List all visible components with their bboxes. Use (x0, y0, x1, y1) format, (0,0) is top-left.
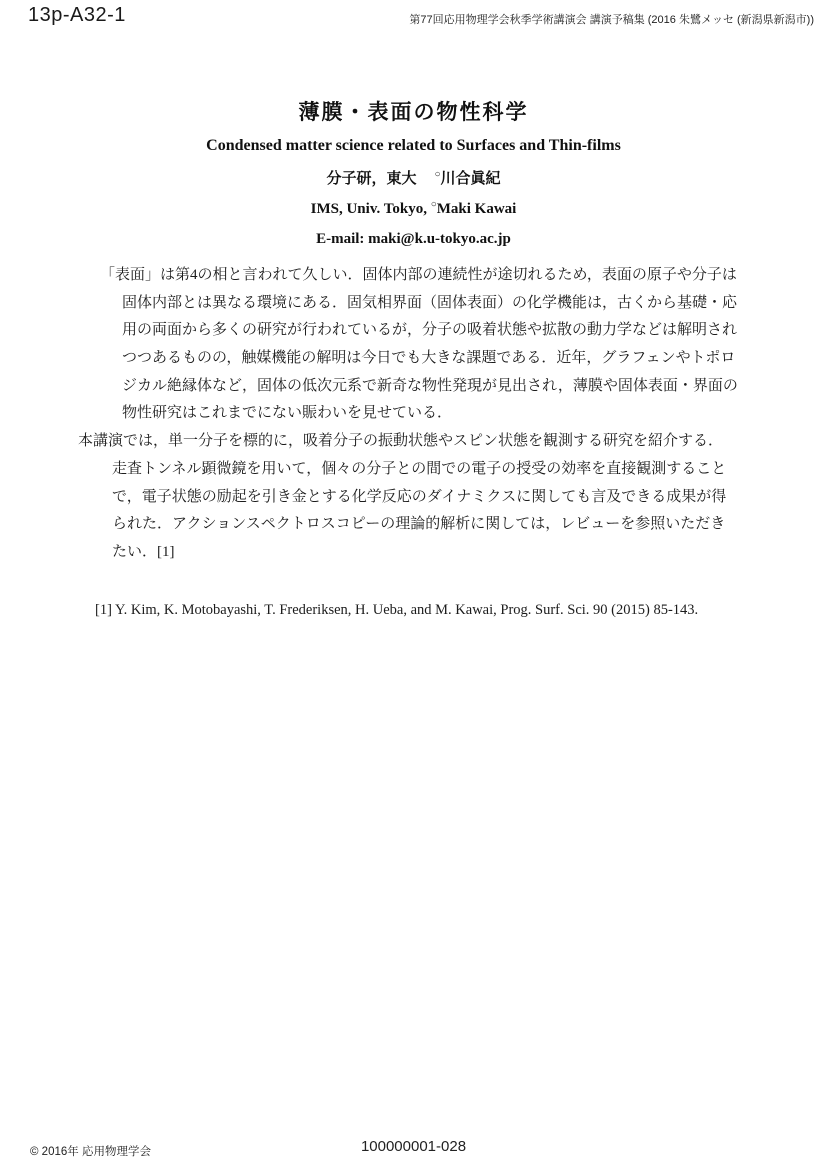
abstract-body: 「表面」は第4の相と言われて久しい．固体内部の連続性が途切れるため，表面の原子や… (78, 262, 738, 567)
proceedings-header: 第77回応用物理学会秋季学術講演会 講演予稿集 (2016 朱鷺メッセ (新潟県… (409, 11, 814, 27)
abstract-line: 「表面」は第4の相と言われて久しい．固体内部の連続性が途切れるため，表面の原子や… (78, 262, 738, 290)
authors-japanese: 分子研，東大○川合眞紀 (0, 167, 827, 188)
abstract-line: 走査トンネル顕微鏡を用いて，個々の分子との間での電子の授受の効率を直接観測するこ… (78, 456, 738, 484)
abstract-line: 用の両面から多くの研究が行われているが，分子の吸着状態や拡散の動力学などは解明さ… (78, 317, 738, 345)
abstract-line: ジカル絶縁体など，固体の低次元系で新奇な物性発現が見出され，薄膜や固体表面・界面… (78, 373, 738, 401)
footer-document-number: 100000001-028 (0, 1138, 827, 1155)
authors-ja-affiliation: 分子研，東大 (326, 170, 416, 187)
authors-english: IMS, Univ. Tokyo, ○Maki Kawai (0, 201, 827, 218)
title-japanese: 薄膜・表面の物性科学 (0, 96, 827, 126)
paper-code: 13p-A32-1 (28, 4, 126, 27)
abstract-line: られた．アクションスペクトロスコピーの理論的解析に関しては，レビューを参照いただ… (78, 511, 738, 539)
authors-en-name: Maki Kawai (437, 201, 517, 217)
title-english: Condensed matter science related to Surf… (0, 137, 827, 155)
authors-ja-name: 川合眞紀 (441, 170, 501, 187)
abstract-page: 13p-A32-1 第77回応用物理学会秋季学術講演会 講演予稿集 (2016 … (0, 0, 827, 1170)
authors-en-affiliation: IMS, Univ. Tokyo, (311, 201, 427, 217)
abstract-line: つつあるものの，触媒機能の解明は今日でも大きな課題である．近年，グラフェンやトポ… (78, 345, 738, 373)
email-line: E-mail: maki@k.u-tokyo.ac.jp (0, 231, 827, 248)
reference-entry: [1] Y. Kim, K. Motobayashi, T. Frederiks… (95, 602, 775, 619)
abstract-line: で，電子状態の励起を引き金とする化学反応のダイナミクスに関しても言及できる成果が… (78, 484, 738, 512)
abstract-line: たい．[1] (78, 539, 738, 567)
title-block: 薄膜・表面の物性科学 Condensed matter science rela… (0, 96, 827, 248)
abstract-line: 固体内部とは異なる環境にある．固気相界面（固体表面）の化学機能は，古くから基礎・… (78, 290, 738, 318)
abstract-line: 本講演では，単一分子を標的に，吸着分子の振動状態やスピン状態を観測する研究を紹介… (78, 428, 738, 456)
abstract-line: 物性研究はこれまでにない賑わいを見せている． (78, 400, 738, 428)
